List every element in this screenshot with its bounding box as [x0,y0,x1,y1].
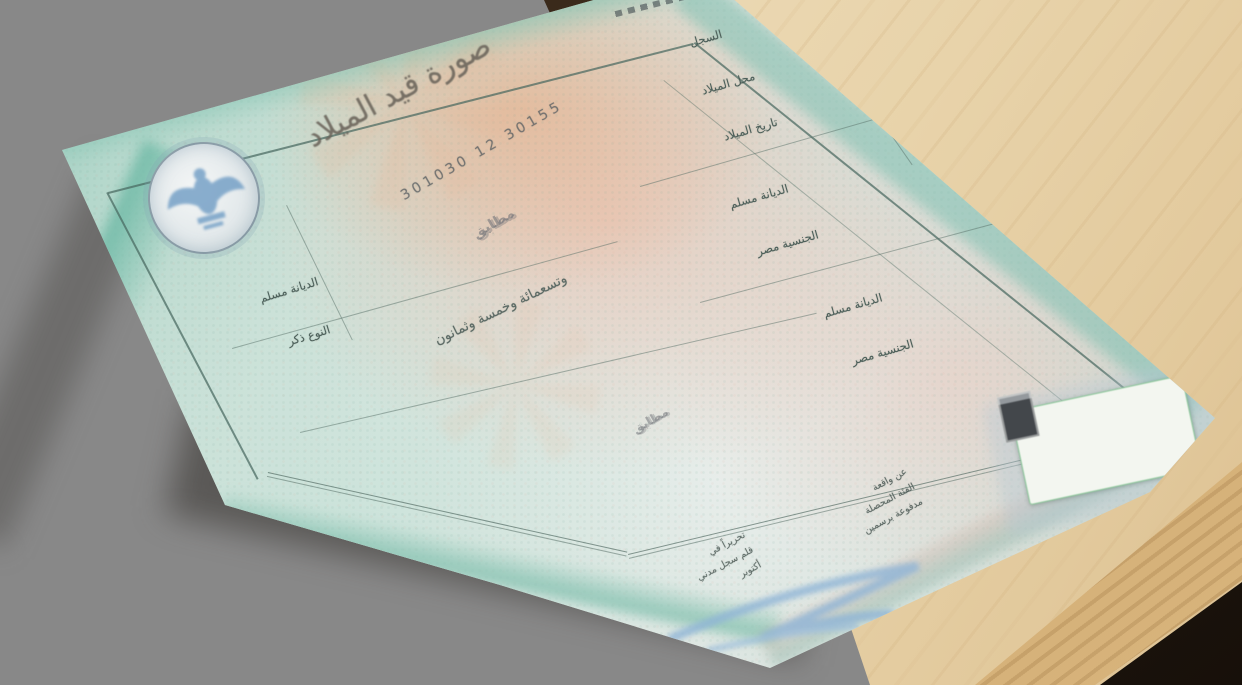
stamp-center [1017,416,1019,418]
photo-scene: صورة قيد الميلاد 301030 12 30155 مطابق م… [0,0,1242,685]
